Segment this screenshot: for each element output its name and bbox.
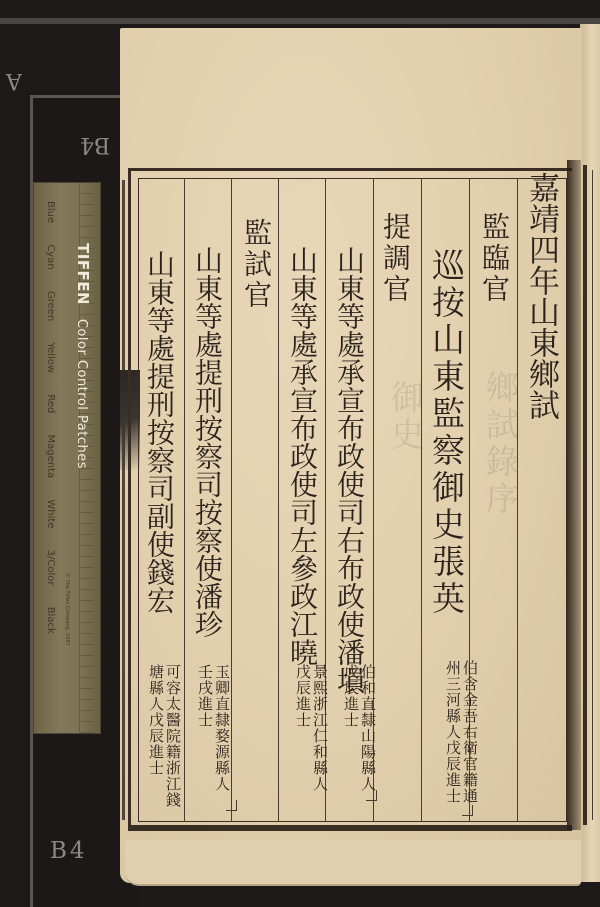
patch-green: Green xyxy=(45,291,56,321)
official-note: 玉卿直隸婺源縣人 壬戌進士 xyxy=(196,664,230,792)
note-bracket xyxy=(366,790,377,801)
note-line: 州三河縣人戊辰進士 xyxy=(444,660,462,804)
printed-frame-bottom xyxy=(128,827,572,831)
patch-blue: Blue xyxy=(45,201,56,223)
note-line: 景熙浙江仁和縣人 xyxy=(311,664,329,792)
official-name-pan-zhen: 山東等處提刑按察司按察使潘珍 xyxy=(192,246,223,638)
office-title-administrator: 提調官 xyxy=(377,212,413,305)
note-bracket xyxy=(226,800,237,811)
note-line: 壬戌進士 xyxy=(196,664,214,728)
patch-magenta: Magenta xyxy=(45,435,56,479)
photo-stage: A B4 B4 Blue Cyan Green Yellow Red Magen… xyxy=(0,0,600,907)
column-rule xyxy=(421,178,422,822)
office-title-supervisor: 監臨官 xyxy=(476,212,512,305)
patch-red: Red xyxy=(45,394,56,413)
color-bar-title: Color Control Patches xyxy=(74,319,89,469)
page-bottom-edge xyxy=(125,840,581,886)
patch-yellow: Yellow xyxy=(45,342,56,373)
official-note: 伯和直隸山陽縣人 戊辰進士 xyxy=(342,664,376,792)
note-bracket xyxy=(462,805,473,816)
official-name-qian-hong: 山東等處提刑按察司副使錢宏 xyxy=(144,250,175,614)
gutter-shadow xyxy=(567,160,581,830)
office-title-examiner: 監試官 xyxy=(238,218,274,311)
official-note: 伯含金吾右衛官籍通 州三河縣人戊辰進士 xyxy=(444,660,478,804)
column-rule xyxy=(278,178,279,822)
patch-white: White xyxy=(45,499,56,528)
tray-label-b4-bottom: B4 xyxy=(50,838,88,864)
note-line: 可容太醫院籍浙江錢 xyxy=(164,664,182,808)
bleed-through-text: 鄉試錄序 xyxy=(480,370,520,518)
column-rule xyxy=(231,178,232,822)
official-name-zhang-ying: 巡按山東監察御史張英 xyxy=(426,248,466,618)
official-name-pan-xun: 山東等處承宣布政使司右布政使潘塤 xyxy=(331,246,367,694)
tray-label-b4-top: B4 xyxy=(80,132,110,157)
color-control-bar: Blue Cyan Green Yellow Red Magenta White… xyxy=(33,182,101,734)
official-note: 景熙浙江仁和縣人 戊辰進士 xyxy=(294,664,328,792)
next-page-frame xyxy=(583,165,587,825)
next-page-frame-line xyxy=(592,170,593,820)
patch-cyan: Cyan xyxy=(45,244,56,269)
header-title: 嘉靖四年山東鄉試 xyxy=(522,172,560,420)
note-line: 伯和直隸山陽縣人 xyxy=(359,664,377,792)
bleed-through-text: 御史 xyxy=(385,380,425,454)
note-line: 伯含金吾右衛官籍通 xyxy=(461,660,479,804)
patch-black: Black xyxy=(45,607,56,634)
tray-label-a: A xyxy=(6,68,22,93)
official-note: 可容太醫院籍浙江錢 塘縣人戊辰進士 xyxy=(147,664,181,808)
note-line: 戊辰進士 xyxy=(294,664,312,728)
binding-edge xyxy=(122,180,125,820)
patch-labels: Blue Cyan Green Yellow Red Magenta White… xyxy=(45,201,56,634)
brand-name: TIFFEN xyxy=(74,243,92,305)
patch-3color: 3/Color xyxy=(45,550,56,586)
note-line: 玉卿直隸婺源縣人 xyxy=(213,664,231,792)
note-line: 塘縣人戊辰進士 xyxy=(147,664,165,776)
color-bar-copyright: © The Tiffen Company, 2007 xyxy=(64,573,70,646)
official-name-jiang-xiao: 山東等處承宣布政使司左參政江曉 xyxy=(284,246,320,666)
column-rule xyxy=(184,178,185,822)
tiffen-logo: TIFFEN Color Control Patches xyxy=(74,243,92,469)
note-line: 戊辰進士 xyxy=(342,664,360,728)
